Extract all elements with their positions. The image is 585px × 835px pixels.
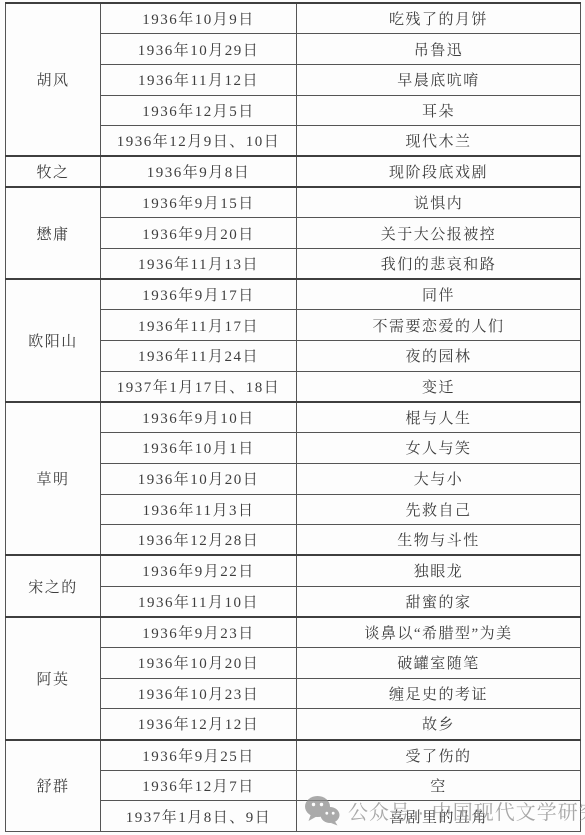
date-cell: 1936年9月17日 [101, 279, 297, 310]
date-cell: 1937年1月8日、9日 [101, 801, 297, 832]
title-cell: 先救自己 [297, 494, 581, 525]
title-cell: 我们的悲哀和路 [297, 249, 581, 280]
author-cell: 胡风 [6, 3, 101, 156]
publication-table-body: 胡风1936年10月9日吃残了的月饼1936年10月29日吊鲁迅1936年11月… [6, 3, 581, 832]
date-cell: 1936年9月15日 [101, 187, 297, 218]
date-cell: 1936年12月7日 [101, 770, 297, 801]
table-row: 舒群1936年9月25日受了伤的 [6, 740, 581, 771]
date-cell: 1936年10月1日 [101, 433, 297, 464]
title-cell: 谈鼻以“希腊型”为美 [297, 617, 581, 648]
title-cell: 受了伤的 [297, 740, 581, 771]
publication-table: 胡风1936年10月9日吃残了的月饼1936年10月29日吊鲁迅1936年11月… [5, 2, 581, 832]
title-cell: 缠足史的考证 [297, 678, 581, 709]
title-cell: 耳朵 [297, 95, 581, 126]
title-cell: 早晨底吭唷 [297, 64, 581, 95]
date-cell: 1936年10月23日 [101, 678, 297, 709]
author-cell: 欧阳山 [6, 279, 101, 402]
date-cell: 1936年9月22日 [101, 555, 297, 586]
date-cell: 1936年11月17日 [101, 310, 297, 341]
title-cell: 现代木兰 [297, 126, 581, 157]
table-row: 宋之的1936年9月22日独眼龙 [6, 555, 581, 586]
title-cell: 棍与人生 [297, 402, 581, 433]
date-cell: 1936年11月3日 [101, 494, 297, 525]
table-row: 懋庸1936年9月15日说惧内 [6, 187, 581, 218]
date-cell: 1936年9月10日 [101, 402, 297, 433]
title-cell: 夜的园林 [297, 341, 581, 372]
date-cell: 1936年12月12日 [101, 709, 297, 740]
author-cell: 草明 [6, 402, 101, 555]
title-cell: 女人与笑 [297, 433, 581, 464]
author-cell: 宋之的 [6, 555, 101, 616]
title-cell: 吊鲁迅 [297, 34, 581, 65]
date-cell: 1936年11月10日 [101, 586, 297, 617]
date-cell: 1936年10月29日 [101, 34, 297, 65]
author-cell: 牧之 [6, 156, 101, 187]
title-cell: 甜蜜的家 [297, 586, 581, 617]
date-cell: 1936年9月23日 [101, 617, 297, 648]
date-cell: 1936年12月5日 [101, 95, 297, 126]
date-cell: 1936年9月8日 [101, 156, 297, 187]
title-cell: 关于大公报被控 [297, 218, 581, 249]
author-cell: 懋庸 [6, 187, 101, 279]
date-cell: 1936年12月28日 [101, 525, 297, 556]
author-cell: 阿英 [6, 617, 101, 740]
title-cell: 吃残了的月饼 [297, 3, 581, 34]
table-row: 胡风1936年10月9日吃残了的月饼 [6, 3, 581, 34]
date-cell: 1936年12月9日、10日 [101, 126, 297, 157]
title-cell: 变迁 [297, 371, 581, 402]
date-cell: 1937年1月17日、18日 [101, 371, 297, 402]
table-row: 欧阳山1936年9月17日同伴 [6, 279, 581, 310]
title-cell: 生物与斗性 [297, 525, 581, 556]
table-row: 阿英1936年9月23日谈鼻以“希腊型”为美 [6, 617, 581, 648]
title-cell: 空 [297, 770, 581, 801]
author-cell: 舒群 [6, 740, 101, 832]
title-cell: 不需要恋爱的人们 [297, 310, 581, 341]
date-cell: 1936年11月13日 [101, 249, 297, 280]
title-cell: 故乡 [297, 709, 581, 740]
date-cell: 1936年9月25日 [101, 740, 297, 771]
title-cell: 现阶段底戏剧 [297, 156, 581, 187]
title-cell: 破罐室随笔 [297, 647, 581, 678]
date-cell: 1936年9月20日 [101, 218, 297, 249]
title-cell: 独眼龙 [297, 555, 581, 586]
title-cell: 同伴 [297, 279, 581, 310]
table-row: 草明1936年9月10日棍与人生 [6, 402, 581, 433]
date-cell: 1936年10月9日 [101, 3, 297, 34]
date-cell: 1936年11月12日 [101, 64, 297, 95]
date-cell: 1936年11月24日 [101, 341, 297, 372]
title-cell: 喜剧里的丑角 [297, 801, 581, 832]
title-cell: 说惧内 [297, 187, 581, 218]
table-row: 牧之1936年9月8日现阶段底戏剧 [6, 156, 581, 187]
date-cell: 1936年10月20日 [101, 647, 297, 678]
date-cell: 1936年10月20日 [101, 463, 297, 494]
title-cell: 大与小 [297, 463, 581, 494]
